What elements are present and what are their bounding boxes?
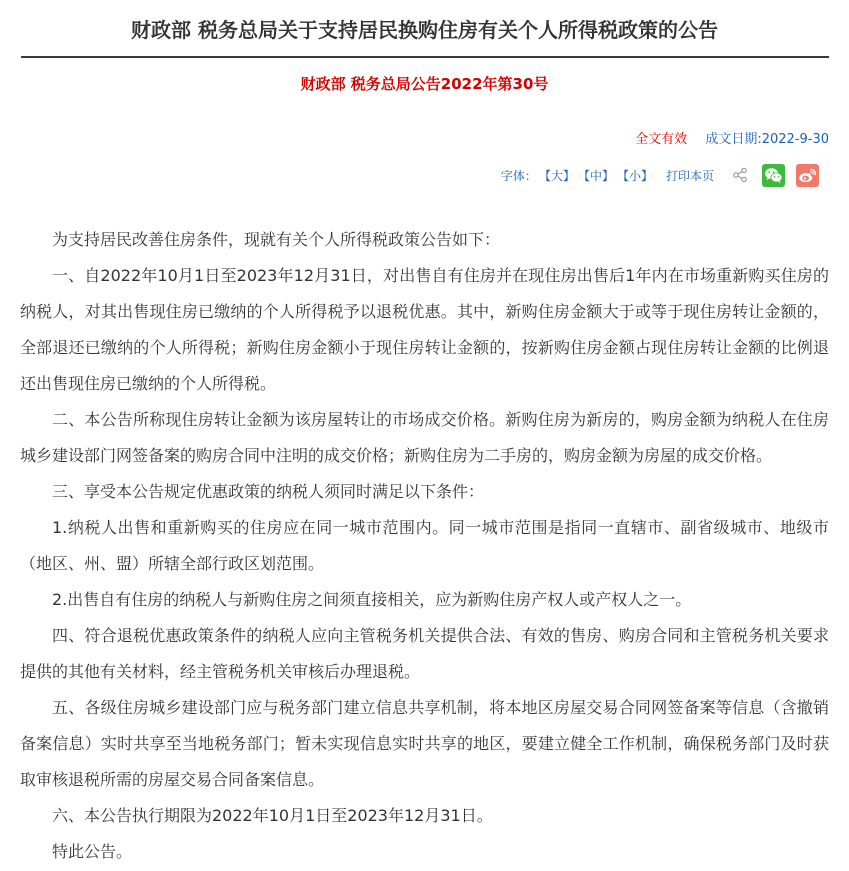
paragraph-article-2: 二、本公告所称现住房转让金额为该房屋转让的市场成交价格。新购住房为新房的，购房金… bbox=[20, 402, 829, 474]
paragraph-article-3: 三、享受本公告规定优惠政策的纳税人须同时满足以下条件： bbox=[20, 474, 829, 510]
paragraph-condition-1: 1.纳税人出售和重新购买的住房应在同一城市范围内。同一城市范围是指同一直辖市、副… bbox=[20, 510, 829, 582]
paragraph-article-5: 五、各级住房城乡建设部门应与税务部门建立信息共享机制，将本地区房屋交易合同网签备… bbox=[20, 690, 829, 798]
issue-date: 成文日期:2022-9-30 bbox=[705, 132, 829, 147]
paragraph-closing: 特此公告。 bbox=[20, 834, 829, 870]
weibo-share-button[interactable] bbox=[796, 164, 819, 187]
page-tools: 字体： 【大】 【中】 【小】 打印本页 bbox=[501, 160, 819, 190]
page-title: 财政部 税务总局关于支持居民换购住房有关个人所得税政策的公告 bbox=[0, 15, 849, 45]
title-divider bbox=[21, 56, 829, 58]
font-small-button[interactable]: 【小】 bbox=[617, 167, 653, 184]
paragraph-article-4: 四、符合退税优惠政策条件的纳税人应向主管税务机关提供合法、有效的售房、购房合同和… bbox=[20, 618, 829, 690]
paragraph-article-6: 六、本公告执行期限为2022年10月1日至2023年12月31日。 bbox=[20, 798, 829, 834]
weibo-icon bbox=[798, 167, 817, 184]
font-size-label: 字体： bbox=[501, 167, 537, 184]
font-large-button[interactable]: 【大】 bbox=[539, 167, 575, 184]
paragraph-article-1: 一、自2022年10月1日至2023年12月31日，对出售自有住房并在现住房出售… bbox=[20, 258, 829, 402]
wechat-share-button[interactable] bbox=[762, 164, 785, 187]
wechat-icon bbox=[764, 167, 783, 184]
print-page-button[interactable]: 打印本页 bbox=[666, 167, 714, 184]
validity-status: 全文有效 bbox=[635, 132, 687, 147]
paragraph-intro: 为支持居民改善住房条件，现就有关个人所得税政策公告如下： bbox=[20, 222, 829, 258]
paragraph-condition-2: 2.出售自有住房的纳税人与新购住房之间须直接相关，应为新购住房产权人或产权人之一… bbox=[20, 582, 829, 618]
document-body: 为支持居民改善住房条件，现就有关个人所得税政策公告如下： 一、自2022年10月… bbox=[20, 222, 829, 870]
document-meta: 全文有效 成文日期:2022-9-30 bbox=[635, 130, 829, 150]
document-number: 财政部 税务总局公告2022年第30号 bbox=[0, 72, 849, 96]
share-icon[interactable] bbox=[732, 167, 748, 183]
font-medium-button[interactable]: 【中】 bbox=[578, 167, 614, 184]
